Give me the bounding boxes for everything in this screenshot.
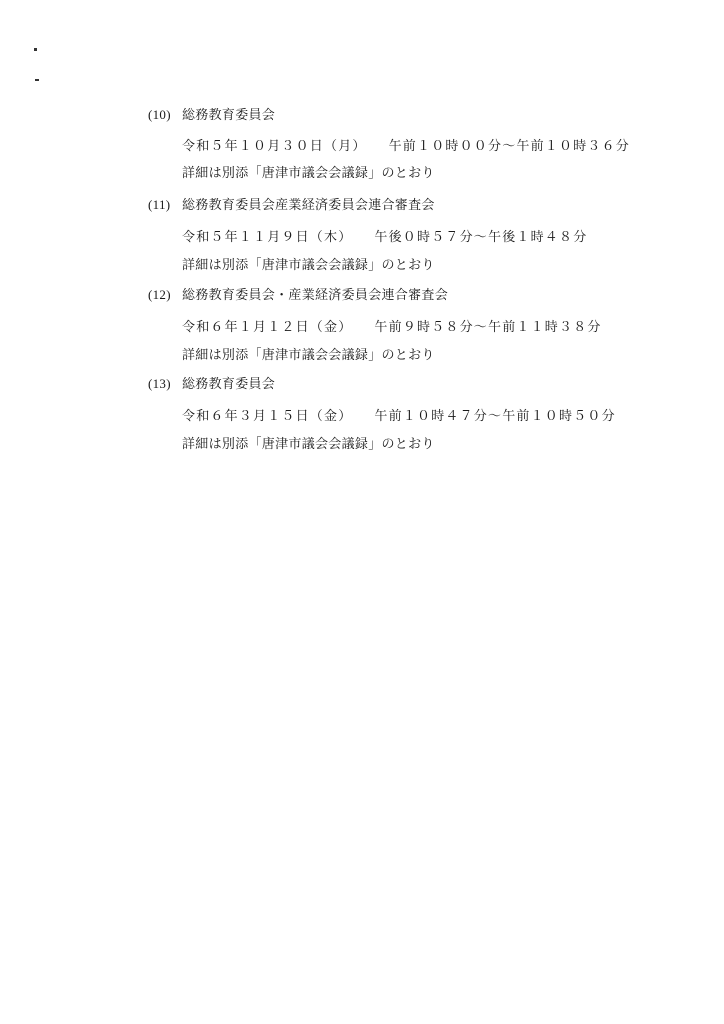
entry-number: (13)	[148, 376, 182, 392]
meeting-time: 午前１０時００分～午前１０時３６分	[389, 139, 630, 154]
meeting-time: 午前９時５８分～午前１１時３８分	[374, 320, 601, 335]
entry-number: (12)	[148, 287, 182, 303]
entry-heading: (13)総務教育委員会	[148, 373, 275, 392]
committee-name: 総務教育委員会産業経済委員会連合審査会	[182, 198, 435, 213]
scan-speck	[34, 48, 37, 51]
entry-number: (11)	[148, 197, 182, 213]
entry-heading: (11)総務教育委員会産業経済委員会連合審査会	[148, 194, 435, 213]
meeting-detail: 詳細は別添「唐津市議会会議録」のとおり	[182, 254, 435, 273]
committee-name: 総務教育委員会	[182, 108, 275, 123]
meeting-detail: 詳細は別添「唐津市議会会議録」のとおり	[182, 344, 435, 363]
meeting-date: 令和５年１０月３０日（月）	[182, 139, 367, 154]
entry-number: (10)	[148, 107, 182, 123]
meeting-detail: 詳細は別添「唐津市議会会議録」のとおり	[182, 433, 435, 452]
meeting-time: 午前１０時４７分～午前１０時５０分	[374, 409, 615, 424]
meeting-datetime: 令和６年３月１５日（金）午前１０時４７分～午前１０時５０分	[182, 405, 616, 424]
meeting-date: 令和６年１月１２日（金）	[182, 320, 352, 335]
meeting-datetime: 令和６年１月１２日（金）午前９時５８分～午前１１時３８分	[182, 316, 602, 335]
scan-speck	[35, 79, 39, 81]
committee-name: 総務教育委員会・産業経済委員会連合審査会	[182, 288, 448, 303]
meeting-date: 令和５年１１月９日（木）	[182, 230, 352, 245]
entry-heading: (12)総務教育委員会・産業経済委員会連合審査会	[148, 284, 448, 303]
meeting-time: 午後０時５７分～午後１時４８分	[374, 230, 587, 245]
entry-heading: (10)総務教育委員会	[148, 104, 275, 123]
meeting-detail: 詳細は別添「唐津市議会会議録」のとおり	[182, 162, 435, 181]
meeting-date: 令和６年３月１５日（金）	[182, 409, 352, 424]
committee-name: 総務教育委員会	[182, 377, 275, 392]
meeting-datetime: 令和５年１０月３０日（月）午前１０時００分～午前１０時３６分	[182, 135, 630, 154]
meeting-datetime: 令和５年１１月９日（木）午後０時５７分～午後１時４８分	[182, 226, 587, 245]
